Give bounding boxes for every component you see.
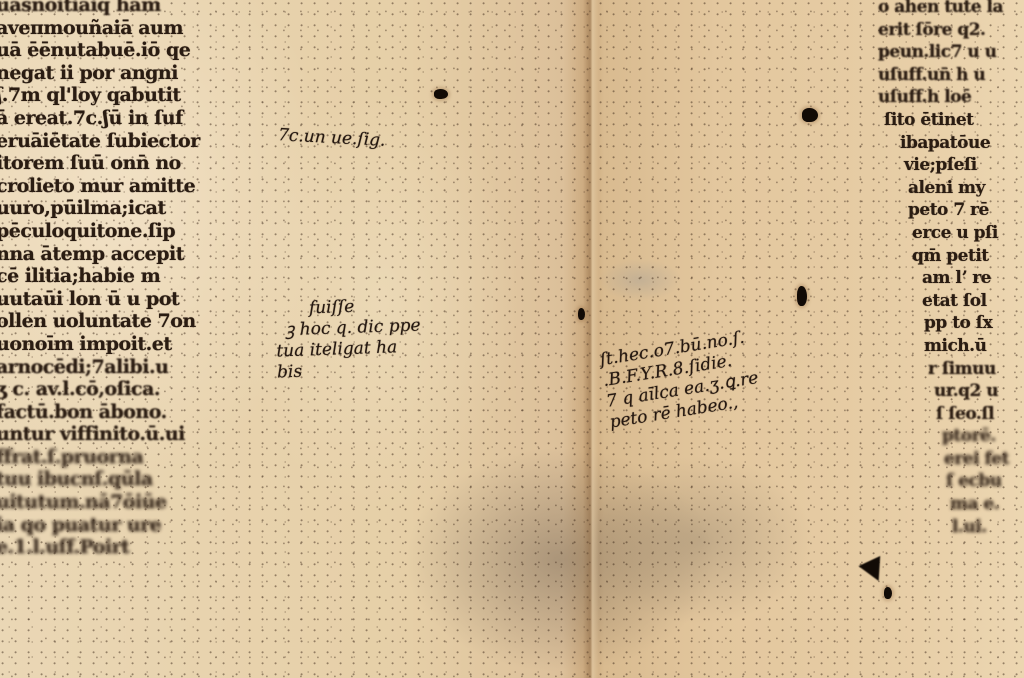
worm-hole [884, 587, 892, 599]
text-line: uutaūi lon ū u pot [0, 288, 258, 311]
text-line: pēculoquitone.ſip [0, 220, 258, 243]
text-line: negat ii por angni [0, 62, 258, 85]
text-line: nna ātemp accepit [0, 243, 258, 266]
text-line: uſuff.un̄ h u [878, 64, 1024, 87]
text-line: ptorē. [878, 425, 1024, 448]
text-line: peun.lic7 u u [878, 41, 1024, 64]
text-line: ā ereat.7c.ʃū in ſuf [0, 107, 258, 130]
text-line: erei fet [878, 448, 1024, 471]
text-line: etat ſol [878, 290, 1024, 313]
text-line: erce u pſi [878, 222, 1024, 245]
manuscript-spread: uasnoitiaiq ham aveπmouñaiā aum uā ēēnut… [0, 0, 1024, 678]
text-line: uonoīm impoit.et [0, 333, 258, 356]
text-line: ffrat.ſ.pruorna [0, 446, 258, 469]
text-line: ſ ecbu [878, 470, 1024, 493]
text-line: ma e. [878, 493, 1024, 516]
marginal-note-left: fuiſſe ꝫ hoc q. dic ppe tua iteligat ha … [275, 294, 423, 383]
text-line: peto 7 rē [878, 199, 1024, 222]
text-line: r ſimuu [878, 358, 1024, 381]
text-line: tuu ibucnſ.qūla [0, 468, 258, 491]
text-line: ur.q2 u [878, 380, 1024, 403]
text-line: vie;pſeſi [878, 154, 1024, 177]
text-line: pp to ſx [878, 312, 1024, 335]
text-line: o ahen tute la [878, 0, 1024, 19]
text-line: ʃ.7m ql'loy qabutit [0, 84, 258, 107]
text-line: uasnoitiaiq ham [0, 0, 258, 17]
text-line: aveπmouñaiā aum [0, 17, 258, 40]
text-line: uuro,pūilma;icat [0, 197, 258, 220]
text-line: uā ēēnutabuē.iō qe [0, 39, 258, 62]
right-text-column: o ahen tute la erit ſōre q2. peun.lic7 u… [878, 0, 1024, 538]
text-line: am lʼ re [878, 267, 1024, 290]
worm-hole [802, 108, 818, 122]
text-line: itorem ſuū onn̄ no [0, 152, 258, 175]
text-line: ʒ c. av.l.cō,oſica. [0, 378, 258, 401]
worm-hole [578, 308, 585, 320]
left-text-column: uasnoitiaiq ham aveπmouñaiā aum uā ēēnut… [0, 0, 258, 559]
text-line: qm̄ petit [878, 245, 1024, 268]
text-line: mich.ū [878, 335, 1024, 358]
text-line: e.1.l.uſf.Poirt [0, 536, 258, 559]
worm-hole [797, 286, 807, 306]
text-line: ſito ētinet [878, 109, 1024, 132]
text-line: uſuff.h loē [878, 86, 1024, 109]
text-line: ibapatōue [878, 132, 1024, 155]
text-line: crolieto mur amitte [0, 175, 258, 198]
text-line: cē ilitia;habie m [0, 265, 258, 288]
book-gutter [583, 0, 599, 678]
text-line: arnocēdi;7alibi.u [0, 356, 258, 379]
text-line: ia qo puatur ure [0, 514, 258, 537]
text-line: factū.bon ābono. [0, 401, 258, 424]
text-line: eruāiētate ſubiector [0, 130, 258, 153]
worm-hole [434, 89, 448, 99]
text-line: ollen uoluntate 7on [0, 310, 258, 333]
text-line: untur viffinito.ū.ui [0, 423, 258, 446]
text-line: l.ui. [878, 516, 1024, 539]
text-line: aleni my [878, 177, 1024, 200]
text-line: ſ ſeo.ſl [878, 403, 1024, 426]
text-line: erit ſōre q2. [878, 19, 1024, 42]
text-line: uitutum.nā7ōiūe [0, 491, 258, 514]
